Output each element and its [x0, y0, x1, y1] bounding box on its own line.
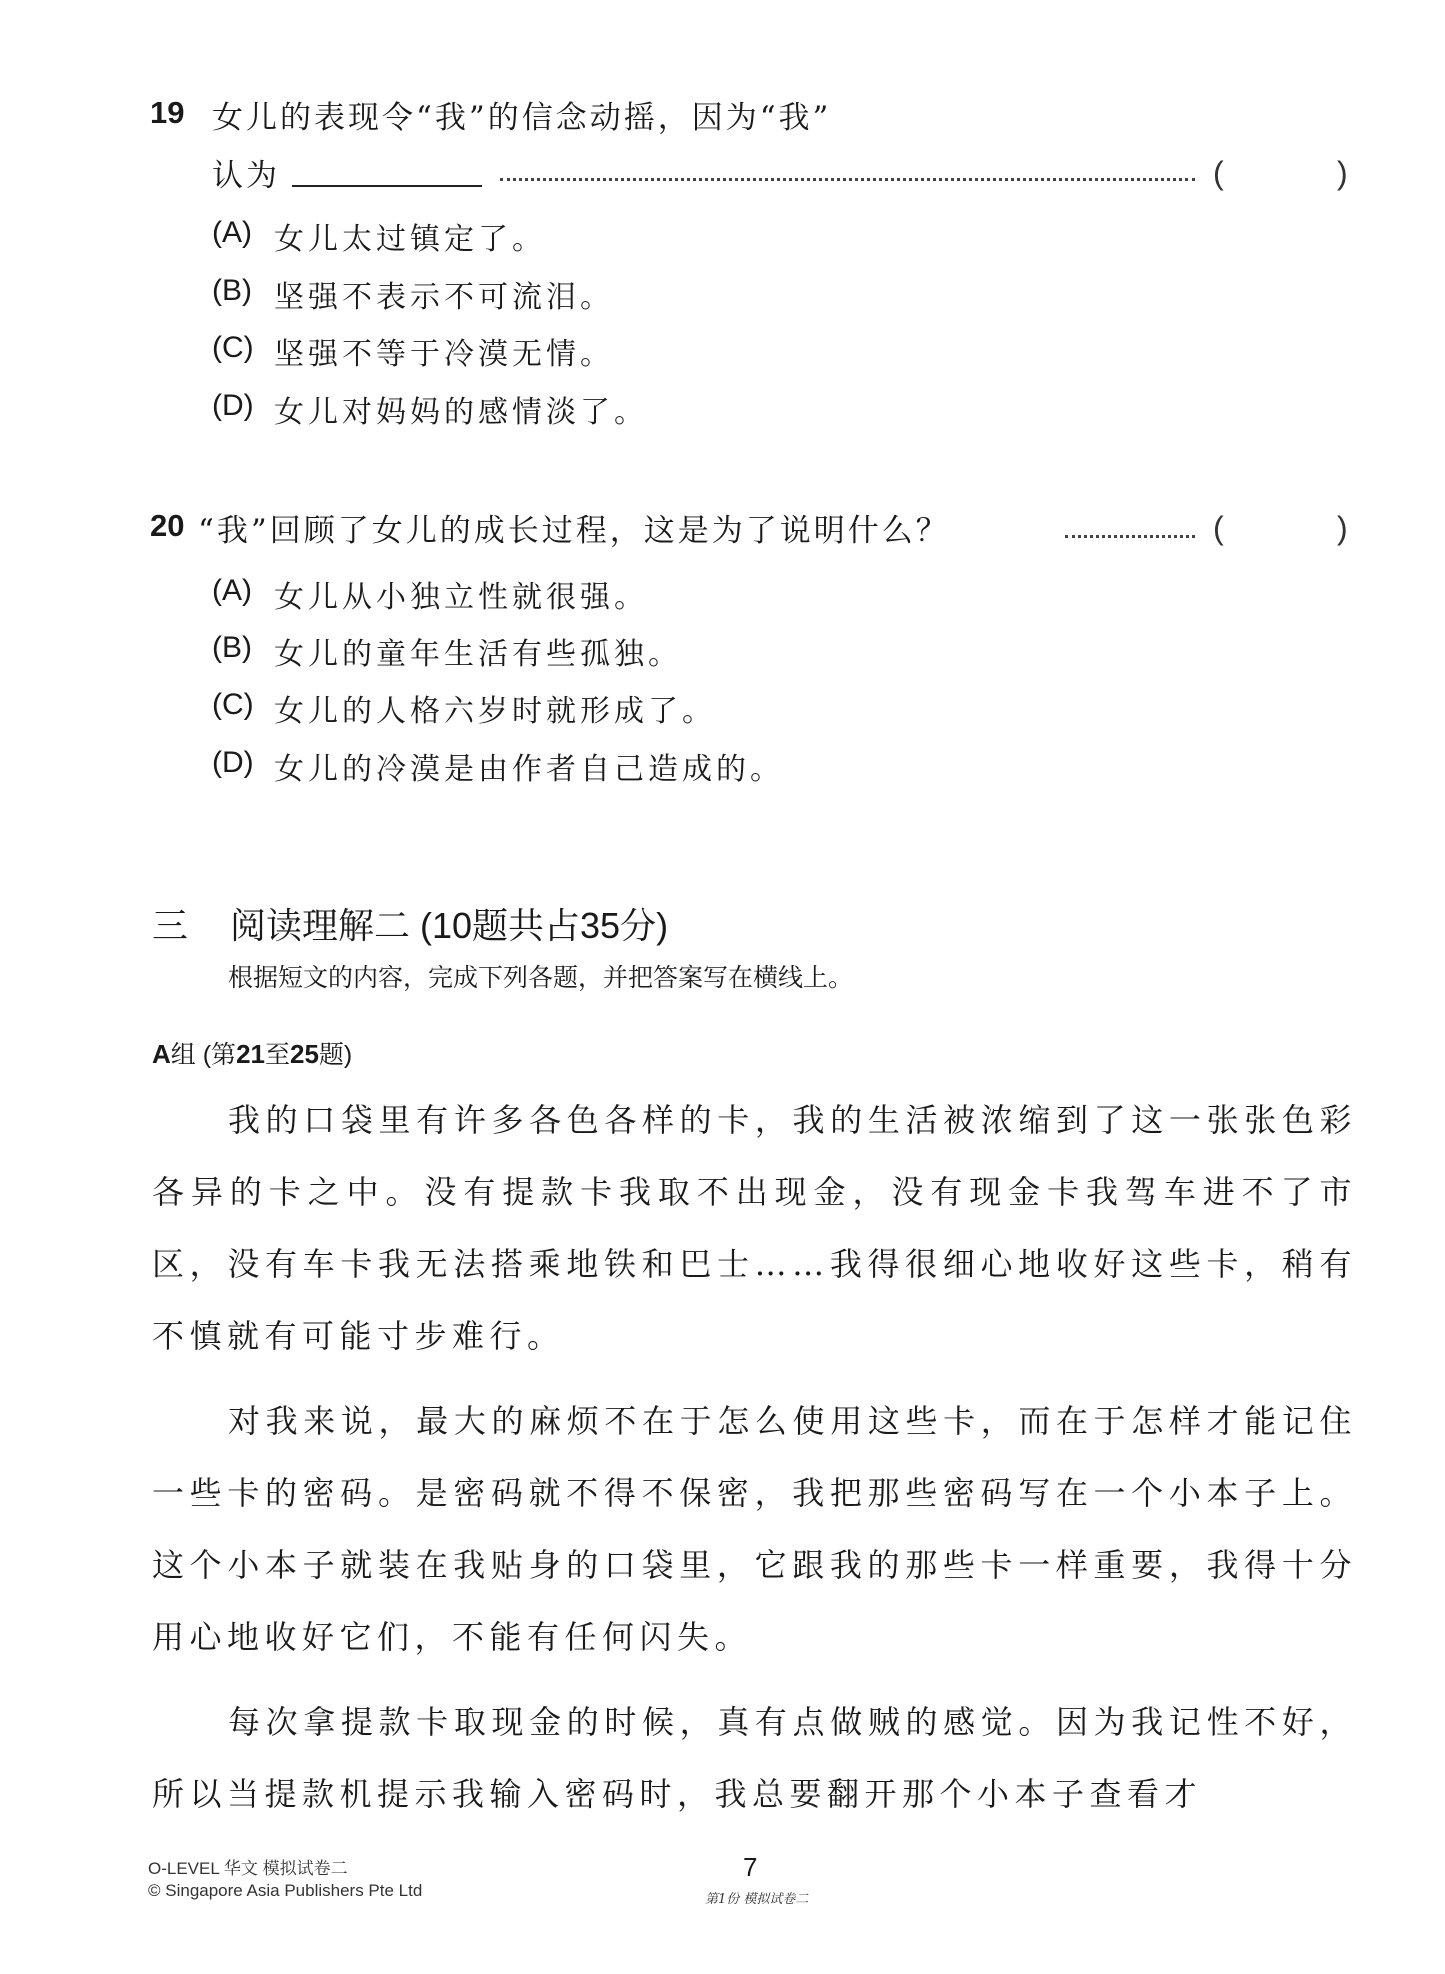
group-label: A组 (第21至25题) — [152, 1035, 352, 1071]
answer-paren-close: ) — [1337, 155, 1348, 192]
option-text: 女儿太过镇定了。 — [274, 214, 546, 258]
section-number: 三 — [152, 898, 188, 949]
answer-paren-open: ( — [1213, 155, 1224, 192]
reading-passage: 我的口袋里有许多各色各样的卡，我的生活被浓缩到了这一张张色彩各异的卡之中。没有提… — [152, 1084, 1357, 1843]
group-end: 题) — [319, 1041, 352, 1069]
answer-paren-open: ( — [1213, 510, 1224, 547]
answer-box[interactable] — [1232, 152, 1332, 192]
answer-box[interactable] — [1232, 507, 1332, 547]
option-letter: (D) — [212, 746, 254, 780]
option-letter: (B) — [212, 274, 252, 308]
option-text: 女儿的童年生活有些孤独。 — [274, 629, 682, 673]
option-letter: (C) — [212, 331, 254, 365]
option-text: 坚强不表示不可流泪。 — [274, 272, 614, 316]
option-text: 女儿的冷漠是由作者自己造成的。 — [274, 744, 784, 788]
option-text: 坚强不等于冷漠无情。 — [274, 329, 614, 373]
page-subtitle: 第1份 模拟试卷二 — [705, 1888, 808, 1907]
passage-paragraph: 我的口袋里有许多各色各样的卡，我的生活被浓缩到了这一张张色彩各异的卡之中。没有提… — [152, 1084, 1357, 1372]
group-to-word: 至 — [265, 1041, 290, 1069]
book-title: O-LEVEL 华文 模拟试卷二 — [148, 1858, 422, 1880]
option-letter: (A) — [212, 216, 252, 250]
option-text: 女儿对妈妈的感情淡了。 — [274, 387, 648, 431]
option-letter: (B) — [212, 631, 252, 665]
option-text: 女儿从小独立性就很强。 — [274, 572, 648, 616]
option-letter: (D) — [212, 389, 254, 423]
section-title: 阅读理解二 (10题共占35分) — [230, 898, 668, 949]
section-instruction: 根据短文的内容，完成下列各题，并把答案写在横线上。 — [228, 958, 853, 994]
option-letter: (C) — [212, 688, 254, 722]
group-to: 25 — [290, 1039, 319, 1069]
question-number: 19 — [150, 95, 184, 131]
passage-paragraph: 每次拿提款卡取现金的时候，真有点做贼的感觉。因为我记性不好，所以当提款机提示我输… — [152, 1686, 1357, 1830]
passage-paragraph: 对我来说，最大的麻烦不在于怎么使用这些卡，而在于怎样才能记住一些卡的密码。是密码… — [152, 1385, 1357, 1673]
option-text: 女儿的人格六岁时就形成了。 — [274, 686, 716, 730]
group-text: 组 (第 — [171, 1041, 236, 1069]
copyright: © Singapore Asia Publishers Pte Ltd — [148, 1880, 422, 1902]
question-stem: 女儿的表现令“我”的信念动摇，因为“我” — [212, 92, 831, 137]
answer-paren-close: ) — [1337, 510, 1348, 547]
dotted-leader — [500, 178, 1195, 181]
group-from: 21 — [236, 1039, 265, 1069]
option-letter: (A) — [212, 574, 252, 608]
question-number: 20 — [150, 508, 184, 544]
answer-blank-line — [292, 183, 482, 187]
footer-left: O-LEVEL 华文 模拟试卷二 © Singapore Asia Publis… — [148, 1858, 422, 1902]
question-stem: “我”回顾了女儿的成长过程，这是为了说明什么？ — [198, 505, 950, 550]
page-number: 7 — [743, 1852, 757, 1883]
group-letter: A — [152, 1039, 171, 1069]
dotted-leader — [1065, 535, 1195, 538]
question-stem-continued: 认为 — [212, 150, 280, 195]
